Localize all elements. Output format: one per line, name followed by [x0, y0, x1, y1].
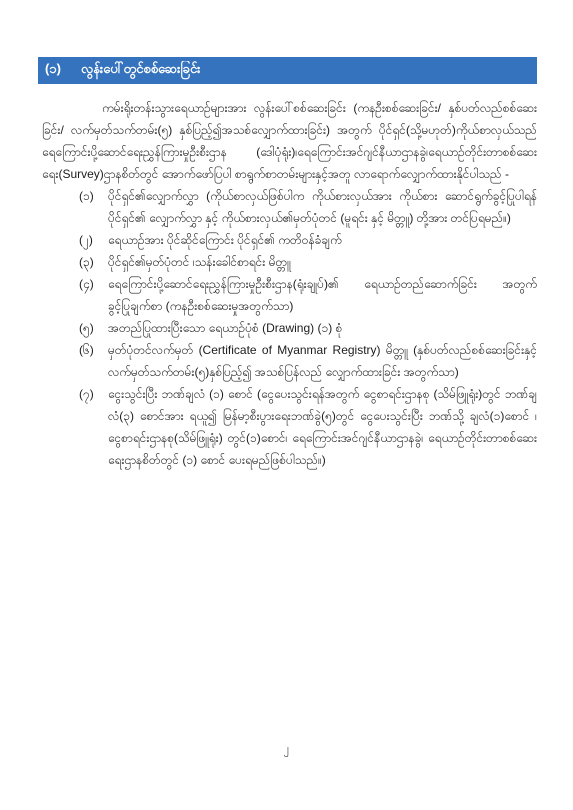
document-content: (၁) လွန်းပေါ်တွင်စစ်ဆေးခြင်း ကမ်းရိုးတန်… [38, 57, 537, 471]
list-item-text: မှတ်ပုံတင်လက်မှတ် (Certificate of Myanma… [108, 339, 537, 383]
list-item-text: အတည်ပြုထားပြီးသော ရေယာဉ်ပုံစံ (Drawing) … [108, 317, 537, 339]
list-item: (၄) ရေကြောင်းပို့ဆောင်ရေးညွှန်ကြားမှုဦးစ… [42, 273, 537, 317]
list-item: (၅) အတည်ပြုထားပြီးသော ရေယာဉ်ပုံစံ (Drawi… [42, 317, 537, 339]
list-item: (၃) ပိုင်ရှင်၏မှတ်ပုံတင် ၊သန်းခေါင်စာရင်… [42, 251, 537, 273]
intro-paragraph: ကမ်းရိုးတန်းသွားရေယာဉ်များအား လွန်းပေါ်စ… [38, 97, 537, 185]
list-item: (၁) ပိုင်ရှင်၏လျှောက်လွှာ (ကိုယ်စာလှယ်ဖြ… [42, 185, 537, 229]
list-item-text: ပိုင်ရှင်၏လျှောက်လွှာ (ကိုယ်စာလှယ်ဖြစ်ပါ… [108, 185, 537, 229]
requirements-list: (၁) ပိုင်ရှင်၏လျှောက်လွှာ (ကိုယ်စာလှယ်ဖြ… [38, 185, 537, 471]
list-item-number: (၆) [79, 339, 108, 361]
section-number: (၁) [45, 61, 81, 80]
list-item-number: (၇) [79, 383, 108, 405]
list-item-number: (၁) [79, 185, 108, 207]
list-item-number: (၅) [79, 317, 108, 339]
list-item-text: ငွေးသွင်းပြီး ဘဏ်ချလံ (၁) စောင် (ငွေပေးသ… [108, 383, 537, 471]
list-item: (၆) မှတ်ပုံတင်လက်မှတ် (Certificate of My… [42, 339, 537, 383]
list-item-number: (၃) [79, 251, 108, 273]
page-footer: ၂ [0, 742, 573, 758]
list-item: (၂) ရေယာဉ်အား ပိုင်ဆိုင်ကြောင်း ပိုင်ရှင… [42, 229, 537, 251]
page-number: ၂ [284, 743, 289, 755]
section-heading-bar: (၁) လွန်းပေါ်တွင်စစ်ဆေးခြင်း [38, 57, 537, 84]
list-item-text: ရေယာဉ်အား ပိုင်ဆိုင်ကြောင်း ပိုင်ရှင်၏ က… [108, 229, 537, 251]
document-page: (၁) လွန်းပေါ်တွင်စစ်ဆေးခြင်း ကမ်းရိုးတန်… [0, 0, 573, 810]
list-item-number: (၄) [79, 273, 108, 295]
list-item-number: (၂) [79, 229, 108, 251]
list-item: (၇) ငွေးသွင်းပြီး ဘဏ်ချလံ (၁) စောင် (ငွေ… [42, 383, 537, 471]
list-item-text: ရေကြောင်းပို့ဆောင်ရေးညွှန်ကြားမှုဦးစီးဌာ… [108, 273, 537, 317]
section-title: လွန်းပေါ်တွင်စစ်ဆေးခြင်း [81, 61, 537, 80]
list-item-text: ပိုင်ရှင်၏မှတ်ပုံတင် ၊သန်းခေါင်စာရင်း မိ… [108, 251, 537, 273]
